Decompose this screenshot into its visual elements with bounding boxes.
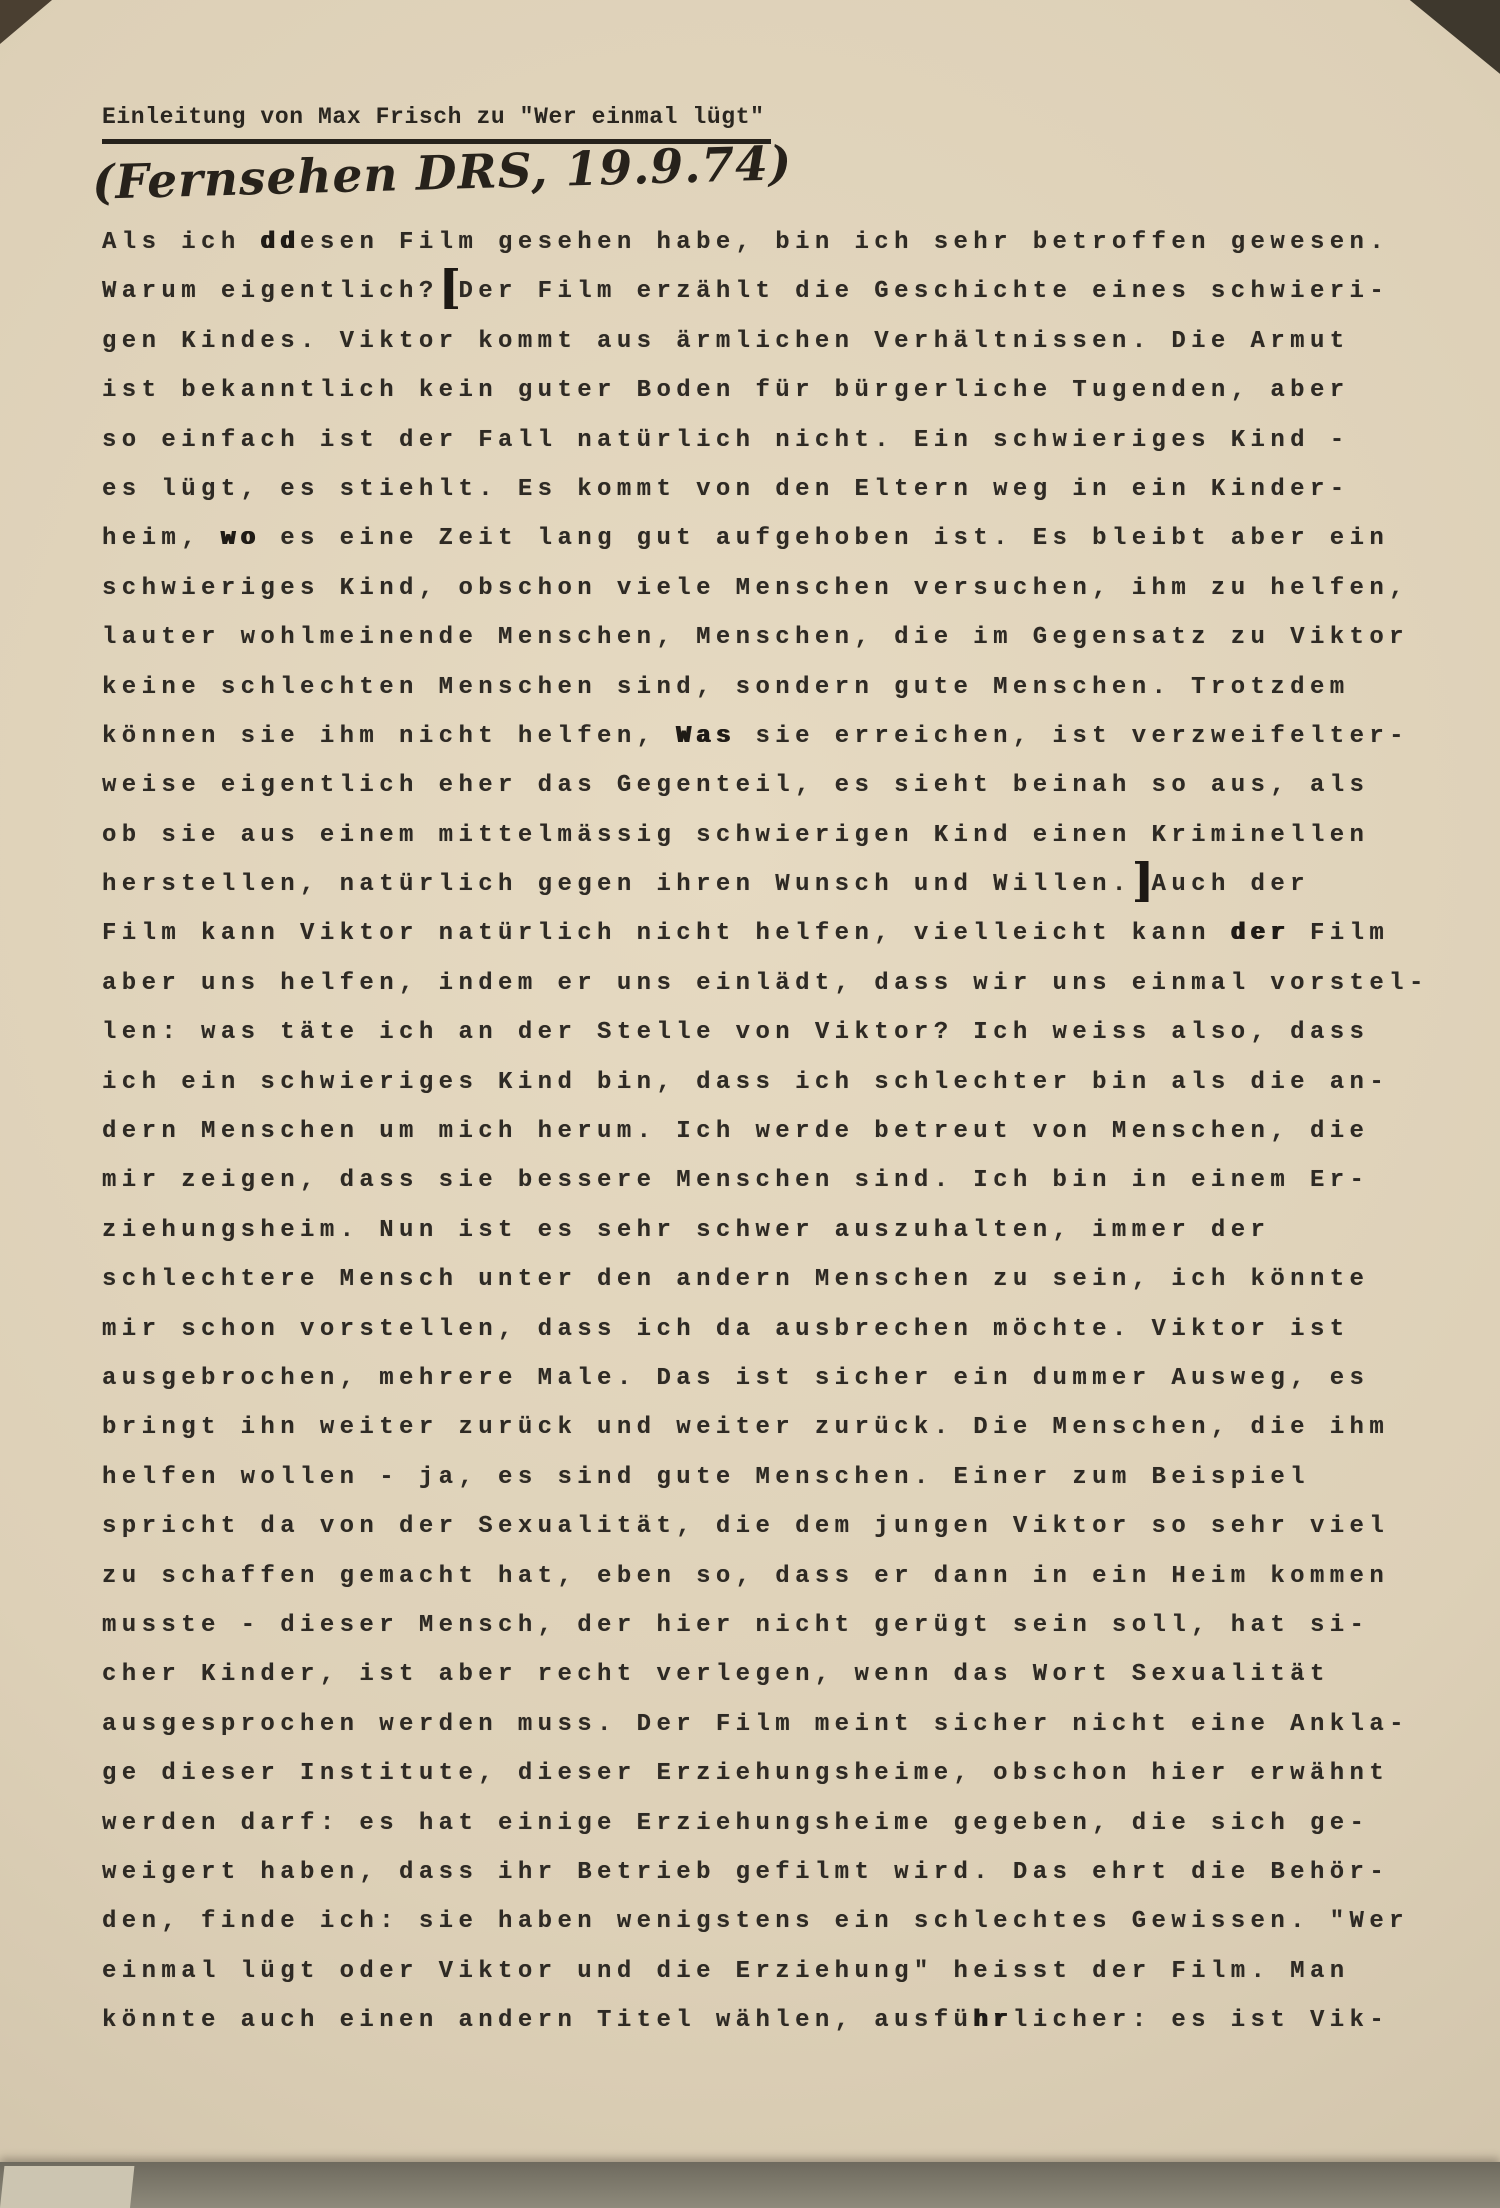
handwritten-note: (Fernsehen DRS, 19.9.74) [91, 136, 792, 211]
overstrike-characters: hr [973, 2007, 1013, 2034]
table-edge [0, 2162, 1500, 2208]
typed-line: dern Menschen um mich herum. Ich werde b… [102, 1107, 1462, 1156]
typed-line: ich ein schwieriges Kind bin, dass ich s… [102, 1058, 1462, 1107]
typed-line: so einfach ist der Fall natürlich nicht.… [102, 416, 1462, 465]
typed-line: weise eigentlich eher das Gegenteil, es … [102, 761, 1462, 810]
typed-line: können sie ihm nicht helfen, Was sie err… [102, 712, 1462, 761]
typed-line: spricht da von der Sexualität, die dem j… [102, 1502, 1462, 1551]
overstrike-characters: dd [260, 229, 300, 256]
typed-line: ausgesprochen werden muss. Der Film mein… [102, 1700, 1462, 1749]
typed-line: bringt ihn weiter zurück und weiter zurü… [102, 1403, 1462, 1452]
typed-line: heim, wo es eine Zeit lang gut aufgehobe… [102, 514, 1462, 563]
overstrike-characters: der [1231, 920, 1290, 947]
typed-line: Warum eigentlich?[ Der Film erzählt die … [102, 267, 1462, 316]
typed-line: ge dieser Institute, dieser Erziehungshe… [102, 1749, 1462, 1798]
typed-line: mir schon vorstellen, dass ich da ausbre… [102, 1305, 1462, 1354]
typed-line: aber uns helfen, indem er uns einlädt, d… [102, 959, 1462, 1008]
typed-line: Als ich ddesen Film gesehen habe, bin ic… [102, 218, 1462, 267]
typed-line: werden darf: es hat einige Erziehungshei… [102, 1799, 1462, 1848]
typed-line: cher Kinder, ist aber recht verlegen, we… [102, 1650, 1462, 1699]
typewritten-page: Einleitung von Max Frisch zu "Wer einmal… [0, 0, 1500, 2208]
table-edge-highlight [0, 2166, 134, 2208]
photo-background-corner [1390, 0, 1500, 84]
typed-line: ziehungsheim. Nun ist es sehr schwer aus… [102, 1206, 1462, 1255]
typed-line: lauter wohlmeinende Menschen, Menschen, … [102, 613, 1462, 662]
overstrike-characters: wo [221, 525, 261, 552]
typed-line: mir zeigen, dass sie bessere Menschen si… [102, 1156, 1462, 1205]
typed-line: ist bekanntlich kein guter Boden für bür… [102, 366, 1462, 415]
photo-background-corner [0, 0, 52, 44]
document-title: Einleitung von Max Frisch zu "Wer einmal… [102, 104, 771, 144]
typed-line: gen Kindes. Viktor kommt aus ärmlichen V… [102, 317, 1462, 366]
typed-line: den, finde ich: sie haben wenigstens ein… [102, 1897, 1462, 1946]
typed-line: einmal lügt oder Viktor und die Erziehun… [102, 1947, 1462, 1996]
typed-line: könnte auch einen andern Titel wählen, a… [102, 1996, 1462, 2045]
scanned-document-photo: Einleitung von Max Frisch zu "Wer einmal… [0, 0, 1500, 2208]
overstrike-characters: Was [676, 723, 735, 750]
typed-line: Film kann Viktor natürlich nicht helfen,… [102, 909, 1462, 958]
typed-line: schlechtere Mensch unter den andern Mens… [102, 1255, 1462, 1304]
typed-line: weigert haben, dass ihr Betrieb gefilmt … [102, 1848, 1462, 1897]
typed-line: zu schaffen gemacht hat, eben so, dass e… [102, 1552, 1462, 1601]
typed-line: ob sie aus einem mittelmässig schwierige… [102, 811, 1462, 860]
typed-line: es lügt, es stiehlt. Es kommt von den El… [102, 465, 1462, 514]
typed-line: schwieriges Kind, obschon viele Menschen… [102, 564, 1462, 613]
typed-line: helfen wollen - ja, es sind gute Mensche… [102, 1453, 1462, 1502]
typed-line: keine schlechten Menschen sind, sondern … [102, 663, 1462, 712]
typed-line: len: was täte ich an der Stelle von Vikt… [102, 1008, 1462, 1057]
typed-line: herstellen, natürlich gegen ihren Wunsch… [102, 860, 1462, 909]
typed-body: Als ich ddesen Film gesehen habe, bin ic… [102, 218, 1462, 2045]
typed-line: ausgebrochen, mehrere Male. Das ist sich… [102, 1354, 1462, 1403]
typed-line: musste - dieser Mensch, der hier nicht g… [102, 1601, 1462, 1650]
